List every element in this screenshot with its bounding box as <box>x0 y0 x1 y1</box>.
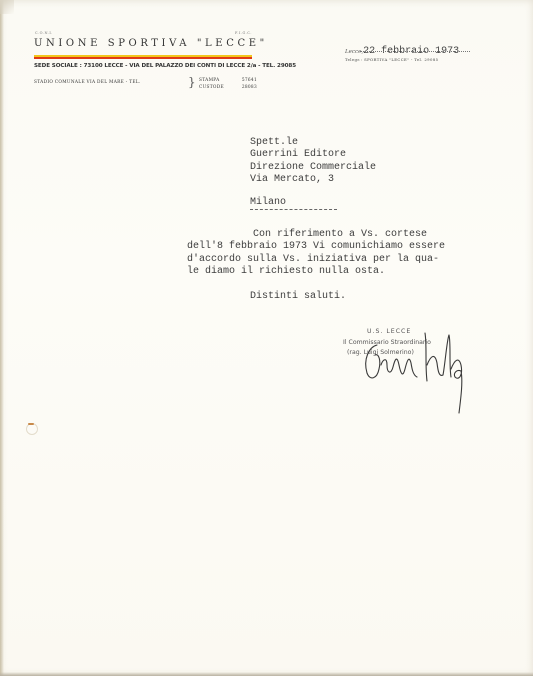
phone-number: 28083 <box>242 84 257 91</box>
page-edge-shadow <box>0 0 4 676</box>
club-color-stripe <box>34 55 252 59</box>
phone-label: STAMPA <box>199 77 219 84</box>
phone-number: 57641 <box>242 77 257 84</box>
letter-body: Con riferimento a Vs. cortesedell'8 febb… <box>187 229 445 278</box>
address-line: Guerrini Editore <box>250 149 376 161</box>
punch-hole-mark <box>26 423 38 435</box>
phone-row: STAMPA 57641 <box>199 77 257 84</box>
phone-list: STAMPA 57641 CUSTODE 28083 <box>199 77 257 91</box>
letter-page: C.O.N.I. F.I.G.C. UNIONE SPORTIVA "LECCE… <box>0 0 533 676</box>
dateline-city: Lecce, <box>345 49 363 55</box>
stripe-red <box>34 57 252 59</box>
registered-office: SEDE SOCIALE : 73100 LECCE - VIA DEL PAL… <box>34 63 274 69</box>
telegram-address: Telegr.: SPORTIVA "LECCE" - Tel. 29085 <box>345 57 438 62</box>
phone-row: CUSTODE 28083 <box>199 84 257 91</box>
phone-label: CUSTODE <box>199 84 224 91</box>
organization-title: UNIONE SPORTIVA "LECCE" <box>34 38 264 49</box>
body-line: d'accordo sulla Vs. iniziativa per la qu… <box>187 254 445 266</box>
address-line: Direzione Commerciale <box>250 162 376 174</box>
corner-fold <box>0 0 14 14</box>
brace-symbol: } <box>188 76 196 88</box>
address-line: Via Mercato, 3 <box>250 174 376 186</box>
recipient-city: Milano <box>250 197 286 209</box>
recipient-address: Spett.leGuerrini EditoreDirezione Commer… <box>250 137 376 186</box>
address-line: Spett.le <box>250 137 376 149</box>
figc-label: F.I.G.C. <box>235 31 252 35</box>
page-edge-shadow-bottom <box>0 672 533 676</box>
coni-label: C.O.N.I. <box>35 31 53 35</box>
body-line: le diamo il richiesto nulla osta. <box>187 266 445 278</box>
stadium-address: STADIO COMUNALE VIA DEL MARE - TEL. <box>34 80 141 85</box>
closing-salutation: Distinti saluti. <box>250 291 346 303</box>
body-line: Con riferimento a Vs. cortese <box>187 229 445 241</box>
dateline: Lecce,22 febbraio 1973 <box>345 40 459 58</box>
city-underline <box>250 209 337 210</box>
handwritten-signature <box>355 325 475 420</box>
body-line: dell'8 febbraio 1973 Vi comunichiamo ess… <box>187 241 445 253</box>
date-dotted-rule <box>360 51 470 52</box>
